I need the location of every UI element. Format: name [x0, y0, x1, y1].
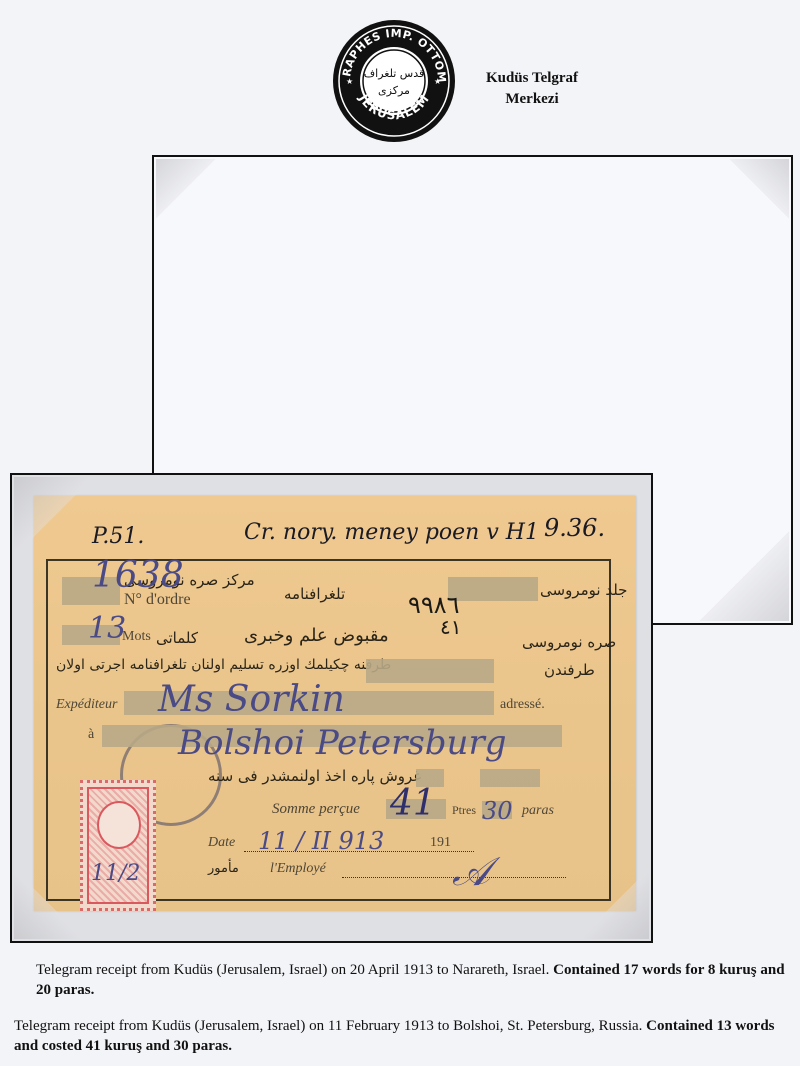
svg-text:مركزی: مركزی: [378, 84, 410, 97]
serial-number-label-ar: صره نومروسی: [522, 633, 616, 651]
receipt-title-ar: مقبوض علم وخبری: [244, 625, 389, 646]
receipt-mount-frame: P.51. Cr. nory. meney poen v H1 9.36. مر…: [10, 473, 653, 943]
svg-text:★: ★: [434, 77, 441, 86]
somme-percue-label: Somme perçue: [272, 801, 360, 818]
handwritten-ref-left: P.51.: [92, 524, 144, 549]
handwritten-ref-right: 9.36.: [544, 514, 605, 542]
year-prefix: 191: [430, 835, 451, 851]
handwritten-paras: 30: [482, 797, 513, 825]
header-title: Kudüs Telgraf Merkezi: [472, 68, 592, 110]
mots-label: Mots: [122, 629, 151, 645]
stamp-cancel: 11/2: [91, 861, 140, 886]
redacted-field: [366, 659, 494, 683]
handwritten-order-number: 1638: [92, 555, 184, 596]
adresse-label: adressé.: [500, 697, 545, 713]
paras-label: paras: [522, 803, 554, 819]
words-label-ar: کلماتی: [156, 629, 198, 647]
form-title-ar: تلغرافنامه: [284, 585, 345, 603]
handwritten-word-count: 13: [88, 611, 126, 646]
expediteur-label: Expéditeur: [56, 697, 117, 713]
handwritten-ref-center: Cr. nory. meney poen v H1: [244, 520, 539, 545]
svg-text:★: ★: [346, 77, 353, 86]
caption-2-text: Telegram receipt from Kudüs (Jerusalem, …: [14, 1018, 646, 1034]
redacted-field: [480, 769, 540, 787]
handwritten-destination: Bolshoi Petersburg: [178, 723, 506, 763]
seal-icon: TELEGRAPHES IMP. OTTOMANES JERUSALEM قدس…: [333, 20, 455, 142]
mount-corner: [729, 159, 789, 219]
sentence-ar: طرفنه چکیلمك اوزره تسلیم اولنان تلغرافنا…: [56, 657, 391, 673]
tughra-icon: [97, 801, 141, 849]
postage-stamp: 11/2: [80, 780, 156, 911]
caption-1: Telegram receipt from Kudüs (Jerusalem, …: [36, 960, 796, 1000]
handwritten-signature: 𝒜: [452, 849, 490, 895]
jerusalem-telegraph-seal: TELEGRAPHES IMP. OTTOMANES JERUSALEM قدس…: [333, 20, 455, 142]
handwritten-sender: Ms Sorkin: [158, 679, 345, 720]
from-label-ar: طرفندن: [544, 661, 595, 679]
printed-number-2: ٤١: [440, 615, 461, 639]
header-title-line1: Kudüs Telgraf: [472, 68, 592, 89]
employe-label: l'Employé: [270, 861, 326, 877]
ptres-label: Ptres: [452, 803, 476, 818]
a-label: à: [88, 727, 94, 743]
mount-corner: [699, 531, 789, 621]
caption-1-text: Telegram receipt from Kudüs (Jerusalem, …: [36, 962, 553, 978]
mount-corner: [156, 159, 216, 219]
date-label: Date: [208, 835, 235, 851]
telegram-receipt-card: P.51. Cr. nory. meney poen v H1 9.36. مر…: [34, 496, 636, 911]
employee-label-ar: مأمور: [208, 861, 239, 876]
redacted-field: [448, 577, 538, 601]
mount-corner: [14, 477, 94, 557]
mount-corner: [579, 869, 649, 939]
caption-2: Telegram receipt from Kudüs (Jerusalem, …: [14, 1016, 798, 1056]
volume-number-label-ar: جلد نومروسی: [540, 581, 627, 599]
header-title-line2: Merkezi: [472, 89, 592, 110]
handwritten-piastres: 41: [390, 783, 436, 824]
handwritten-date: 11 / II 913: [258, 827, 384, 855]
svg-text:قدس تلغراف: قدس تلغراف: [364, 67, 425, 80]
mount-corner: [14, 869, 84, 939]
